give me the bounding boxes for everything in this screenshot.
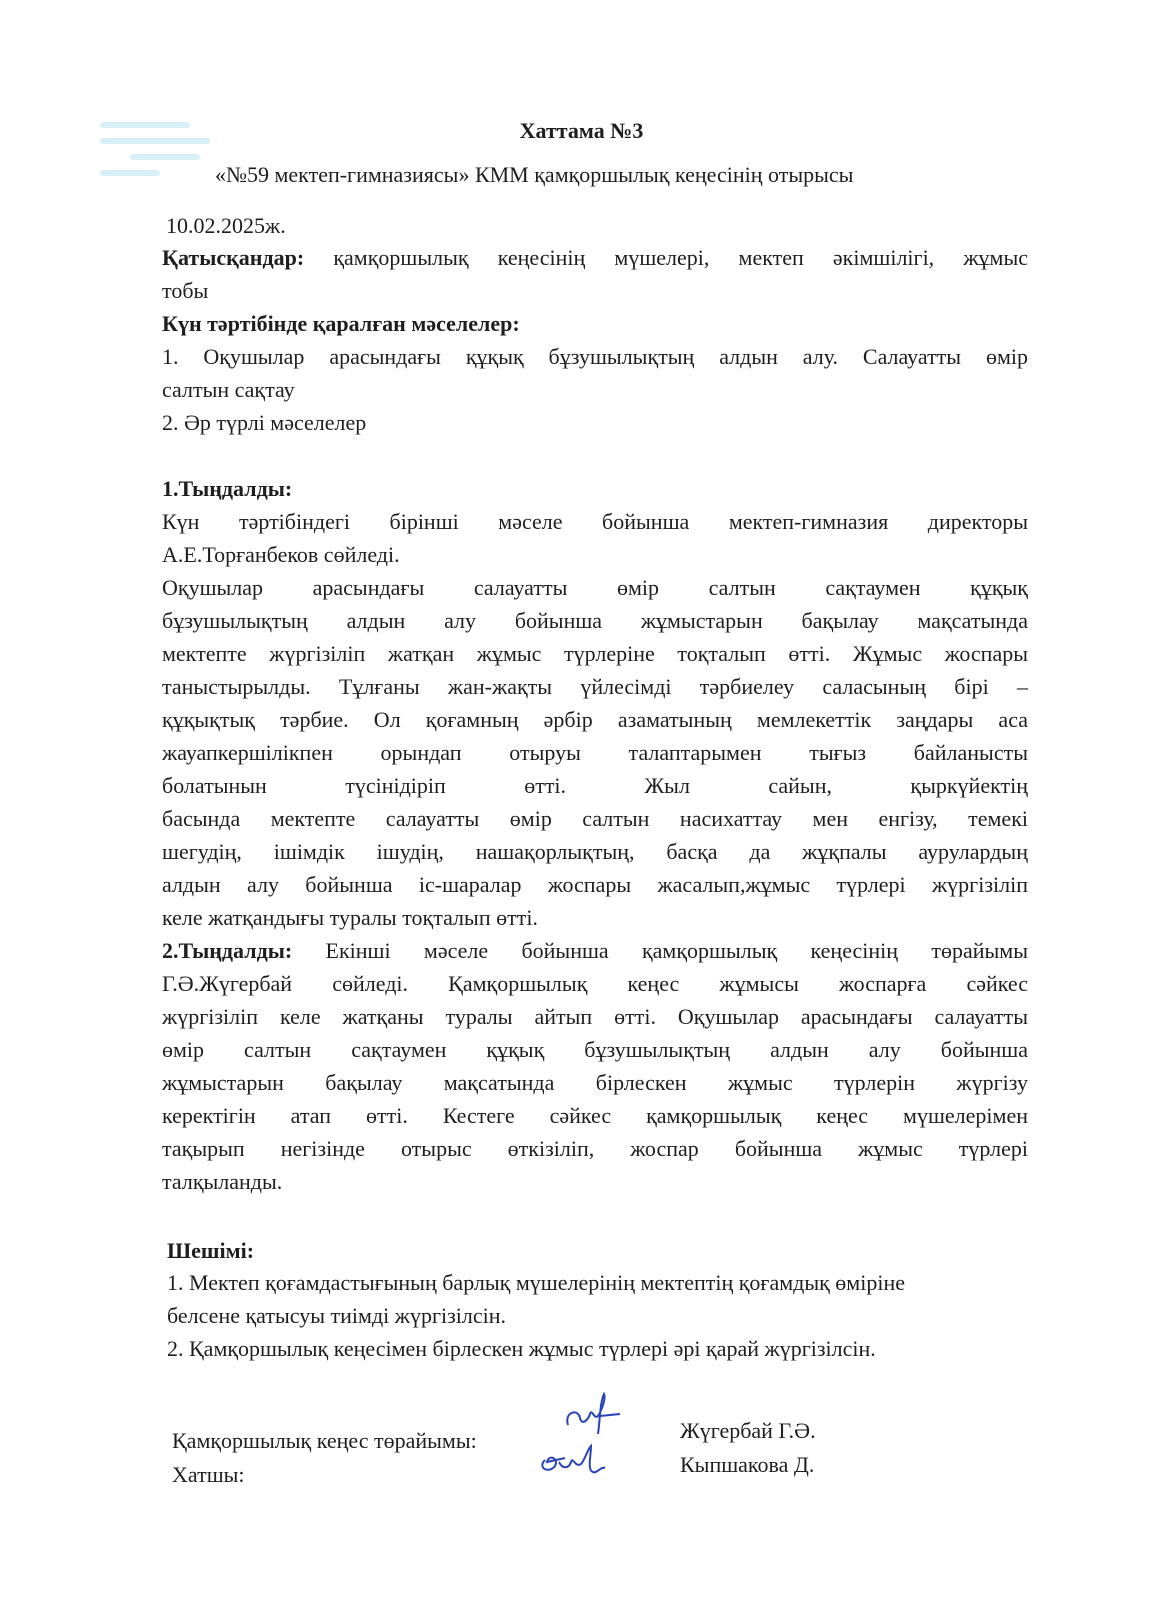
paragraph-line: талқыланды. <box>162 1169 282 1195</box>
paragraph-line: Күн тәртібіндегі бірінші мәселе бойынша … <box>162 509 1028 535</box>
paragraph-line: керектігін атап өтті. Кестеге сәйкес қам… <box>162 1103 1028 1129</box>
paragraph-line: келе жатқандығы туралы тоқталып өтті. <box>162 905 538 931</box>
signature-role: Қамқоршылық кеңес төрайымы: <box>172 1428 477 1454</box>
paragraph-line: А.Е.Торғанбеков сөйледі. <box>162 542 400 568</box>
document-title: Хаттама №3 <box>0 118 1163 144</box>
paragraph-line: болатынын түсінідіріп өтті. Жыл сайын, қ… <box>162 773 1028 799</box>
paragraph-line: мектепте жүргізіліп жатқан жұмыс түрлері… <box>162 641 1028 667</box>
signature-name: Жүгербай Г.Ә. <box>680 1418 816 1444</box>
paragraph-line: Г.Ә.Жүгербай сөйледі. Қамқоршылық кеңес … <box>162 971 1028 997</box>
section1-heading: 1.Тыңдалды: <box>162 476 292 502</box>
agenda-heading: Күн тәртібінде қаралған мәселелер: <box>162 311 520 337</box>
paragraph-line: басында мектепте салауатты өмір салтын н… <box>162 806 1028 832</box>
paragraph-line: өмір салтын сақтаумен құқық бұзушылықтың… <box>162 1037 1028 1063</box>
paragraph-line: тақырып негізінде отырыс өткізіліп, жосп… <box>162 1136 1028 1162</box>
document-date: 10.02.2025ж. <box>166 213 286 239</box>
agenda-item: салтын сақтау <box>162 377 295 403</box>
document-page: Хаттама №3 «№59 мектеп-гимназиясы» КММ қ… <box>0 0 1163 1600</box>
agenda-item: 1. Оқушылар арасындағы құқық бұзушылықты… <box>162 344 1028 370</box>
paragraph-line: таныстырылды. Тұлғаны жан-жақты үйлесімд… <box>162 674 1028 700</box>
paragraph-line: жүргізіліп келе жатқаны туралы айтып өтт… <box>162 1004 1028 1030</box>
secretary-signature <box>535 1440 615 1485</box>
signature-name: Кыпшакова Д. <box>680 1452 814 1478</box>
participants-label: Қатысқандар: <box>162 245 304 270</box>
agenda-item: 2. Әр түрлі мәселелер <box>162 410 366 436</box>
decision-item: белсене қатысуы тиімді жүргізілсін. <box>167 1303 506 1329</box>
paragraph-line: бұзушылықтың алдын алу бойынша жұмыстары… <box>162 608 1028 634</box>
decision-heading: Шешімі: <box>167 1238 254 1264</box>
paragraph-line: Оқушылар арасындағы салауатты өмір салты… <box>162 575 1028 601</box>
section2-heading: 2.Тыңдалды: <box>162 938 292 963</box>
signature-role: Хатшы: <box>172 1462 245 1488</box>
paragraph-line: құқықтық тәрбие. Ол қоғамның әрбір азама… <box>162 707 1028 733</box>
chair-signature <box>560 1390 630 1440</box>
participants-line: Қатысқандар: қамқоршылық кеңесінің мүшел… <box>162 245 1028 271</box>
paragraph-line: жұмыстарын бақылау мақсатында бірлескен … <box>162 1070 1028 1096</box>
paragraph-line: шегудің, ішімдік ішудің, нашақорлықтың, … <box>162 839 1028 865</box>
document-subtitle: «№59 мектеп-гимназиясы» КММ қамқоршылық … <box>215 162 853 188</box>
paragraph-line: жауапкершілікпен орындап отыруы талаптар… <box>162 740 1028 766</box>
paragraph-line: алдын алу бойынша іс-шаралар жоспары жас… <box>162 872 1028 898</box>
decision-item: 1. Мектеп қоғамдастығының барлық мүшелер… <box>167 1270 905 1296</box>
section2-first-line: 2.Тыңдалды: Екінші мәселе бойынша қамқор… <box>162 938 1028 964</box>
decision-item: 2. Қамқоршылық кеңесімен бірлескен жұмыс… <box>167 1336 876 1362</box>
participants-cont: тобы <box>162 278 208 304</box>
